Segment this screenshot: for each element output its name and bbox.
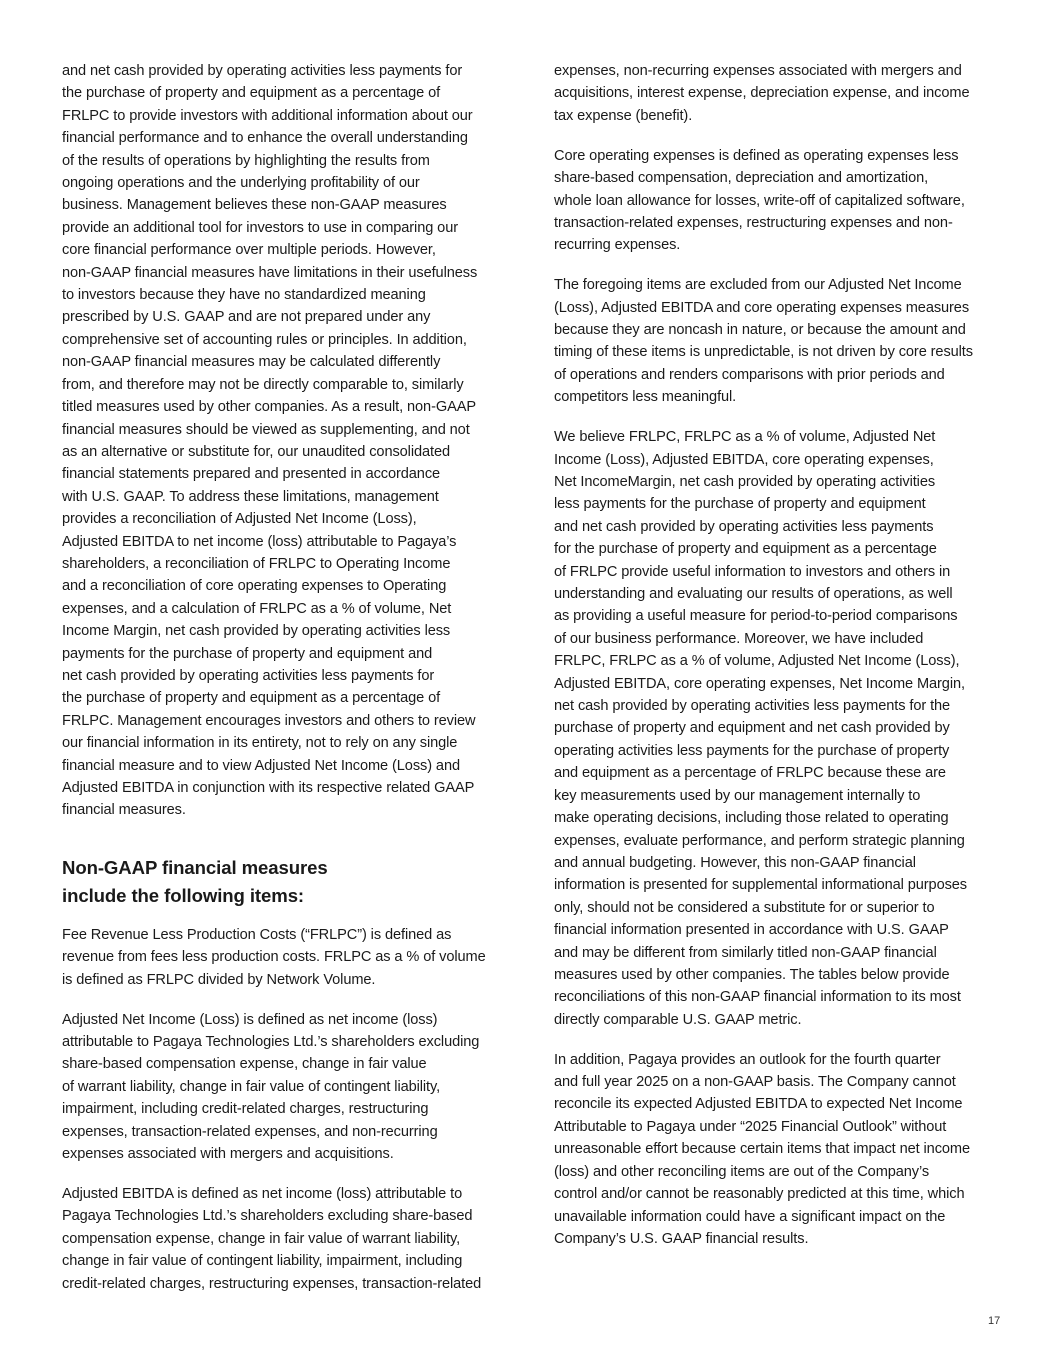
text-line: as providing a useful measure for period… <box>554 605 1004 627</box>
text-line: compensation expense, change in fair val… <box>62 1228 512 1250</box>
text-line: expenses, non-recurring expenses associa… <box>554 60 1004 82</box>
text-line: The foregoing items are excluded from ou… <box>554 274 1004 296</box>
text-line: and annual budgeting. However, this non-… <box>554 852 1004 874</box>
adjusted-net-income-definition-paragraph: Adjusted Net Income (Loss) is defined as… <box>62 1009 512 1166</box>
text-line: to investors because they have no standa… <box>62 284 512 306</box>
adjusted-ebitda-continuation-paragraph: expenses, non-recurring expenses associa… <box>554 60 1004 127</box>
text-line: (loss) and other reconciling items are o… <box>554 1161 1004 1183</box>
text-line: shareholders, a reconciliation of FRLPC … <box>62 553 512 575</box>
frlpc-definition-paragraph: Fee Revenue Less Production Costs (“FRLP… <box>62 924 512 991</box>
text-line: net cash provided by operating activitie… <box>62 665 512 687</box>
text-line: is defined as FRLPC divided by Network V… <box>62 969 512 991</box>
text-line: operating activities less payments for t… <box>554 740 1004 762</box>
text-line: because they are noncash in nature, or b… <box>554 319 1004 341</box>
text-line: credit-related charges, restructuring ex… <box>62 1273 512 1295</box>
text-line: Fee Revenue Less Production Costs (“FRLP… <box>62 924 512 946</box>
intro-paragraph: and net cash provided by operating activ… <box>62 60 512 822</box>
text-line: make operating decisions, including thos… <box>554 807 1004 829</box>
text-line: We believe FRLPC, FRLPC as a % of volume… <box>554 426 1004 448</box>
text-line: less payments for the purchase of proper… <box>554 493 1004 515</box>
text-line: purchase of property and equipment and n… <box>554 717 1004 739</box>
outlook-paragraph: In addition, Pagaya provides an outlook … <box>554 1049 1004 1251</box>
text-line: business. Management believes these non-… <box>62 194 512 216</box>
text-line: net cash provided by operating activitie… <box>554 695 1004 717</box>
text-line: Adjusted EBITDA, core operating expenses… <box>554 673 1004 695</box>
text-line: only, should not be considered a substit… <box>554 897 1004 919</box>
text-line: attributable to Pagaya Technologies Ltd.… <box>62 1031 512 1053</box>
text-line: payments for the purchase of property an… <box>62 643 512 665</box>
text-line: expenses associated with mergers and acq… <box>62 1143 512 1165</box>
text-line: prescribed by U.S. GAAP and are not prep… <box>62 306 512 328</box>
text-line: Core operating expenses is defined as op… <box>554 145 1004 167</box>
text-line: Income (Loss), Adjusted EBITDA, core ope… <box>554 449 1004 471</box>
text-line: Adjusted EBITDA to net income (loss) att… <box>62 531 512 553</box>
text-line: directly comparable U.S. GAAP metric. <box>554 1009 1004 1031</box>
text-line: and a reconciliation of core operating e… <box>62 575 512 597</box>
text-line: reconcile its expected Adjusted EBITDA t… <box>554 1093 1004 1115</box>
text-line: Adjusted Net Income (Loss) is defined as… <box>62 1009 512 1031</box>
text-line: and equipment as a percentage of FRLPC b… <box>554 762 1004 784</box>
text-line: Non-GAAP financial measures <box>62 854 512 882</box>
text-line: provides a reconciliation of Adjusted Ne… <box>62 508 512 530</box>
text-line: share-based compensation expense, change… <box>62 1053 512 1075</box>
text-line: Adjusted EBITDA in conjunction with its … <box>62 777 512 799</box>
text-line: non-GAAP financial measures have limitat… <box>62 262 512 284</box>
text-line: of our business performance. Moreover, w… <box>554 628 1004 650</box>
text-line: the purchase of property and equipment a… <box>62 82 512 104</box>
left-column: and net cash provided by operating activ… <box>62 60 512 1312</box>
text-line: financial measures should be viewed as s… <box>62 419 512 441</box>
text-line: competitors less meaningful. <box>554 386 1004 408</box>
text-line: transaction-related expenses, restructur… <box>554 212 1004 234</box>
text-line: information is presented for supplementa… <box>554 874 1004 896</box>
text-line: expenses, transaction-related expenses, … <box>62 1121 512 1143</box>
we-believe-paragraph: We believe FRLPC, FRLPC as a % of volume… <box>554 426 1004 1031</box>
text-line: as an alternative or substitute for, our… <box>62 441 512 463</box>
text-line: Income Margin, net cash provided by oper… <box>62 620 512 642</box>
text-line: Net IncomeMargin, net cash provided by o… <box>554 471 1004 493</box>
text-line: of warrant liability, change in fair val… <box>62 1076 512 1098</box>
text-line: impairment, including credit-related cha… <box>62 1098 512 1120</box>
text-line: our financial information in its entiret… <box>62 732 512 754</box>
text-line: understanding and evaluating our results… <box>554 583 1004 605</box>
text-line: the purchase of property and equipment a… <box>62 687 512 709</box>
text-line: financial measures. <box>62 799 512 821</box>
text-line: titled measures used by other companies.… <box>62 396 512 418</box>
text-line: Pagaya Technologies Ltd.’s shareholders … <box>62 1205 512 1227</box>
text-line: of the results of operations by highligh… <box>62 150 512 172</box>
text-line: financial statements prepared and presen… <box>62 463 512 485</box>
text-line: financial performance and to enhance the… <box>62 127 512 149</box>
text-line: tax expense (benefit). <box>554 105 1004 127</box>
text-line: key measurements used by our management … <box>554 785 1004 807</box>
text-line: whole loan allowance for losses, write-o… <box>554 190 1004 212</box>
text-line: non-GAAP financial measures may be calcu… <box>62 351 512 373</box>
text-line: share-based compensation, depreciation a… <box>554 167 1004 189</box>
text-line: core financial performance over multiple… <box>62 239 512 261</box>
text-line: FRLPC. Management encourages investors a… <box>62 710 512 732</box>
text-line: of FRLPC provide useful information to i… <box>554 561 1004 583</box>
text-line: In addition, Pagaya provides an outlook … <box>554 1049 1004 1071</box>
text-line: revenue from fees less production costs.… <box>62 946 512 968</box>
text-line: change in fair value of contingent liabi… <box>62 1250 512 1272</box>
right-column: expenses, non-recurring expenses associa… <box>554 60 1004 1268</box>
text-line: acquisitions, interest expense, deprecia… <box>554 82 1004 104</box>
text-line: timing of these items is unpredictable, … <box>554 341 1004 363</box>
text-line: for the purchase of property and equipme… <box>554 538 1004 560</box>
text-line: FRLPC to provide investors with addition… <box>62 105 512 127</box>
text-line: from, and therefore may not be directly … <box>62 374 512 396</box>
text-line: Company’s U.S. GAAP financial results. <box>554 1228 1004 1250</box>
section-heading: Non-GAAP financial measuresinclude the f… <box>62 854 512 910</box>
text-line: and net cash provided by operating activ… <box>62 60 512 82</box>
text-line: FRLPC, FRLPC as a % of volume, Adjusted … <box>554 650 1004 672</box>
text-line: with U.S. GAAP. To address these limitat… <box>62 486 512 508</box>
text-line: provide an additional tool for investors… <box>62 217 512 239</box>
text-line: ongoing operations and the underlying pr… <box>62 172 512 194</box>
page-number: 17 <box>988 1315 1000 1327</box>
text-line: include the following items: <box>62 882 512 910</box>
text-line: and full year 2025 on a non-GAAP basis. … <box>554 1071 1004 1093</box>
core-operating-expenses-paragraph: Core operating expenses is defined as op… <box>554 145 1004 257</box>
text-line: comprehensive set of accounting rules or… <box>62 329 512 351</box>
text-line: unreasonable effort because certain item… <box>554 1138 1004 1160</box>
text-line: financial information presented in accor… <box>554 919 1004 941</box>
text-line: and net cash provided by operating activ… <box>554 516 1004 538</box>
text-line: Adjusted EBITDA is defined as net income… <box>62 1183 512 1205</box>
text-line: financial measure and to view Adjusted N… <box>62 755 512 777</box>
text-line: reconciliations of this non-GAAP financi… <box>554 986 1004 1008</box>
adjusted-ebitda-definition-paragraph: Adjusted EBITDA is defined as net income… <box>62 1183 512 1295</box>
text-line: (Loss), Adjusted EBITDA and core operati… <box>554 297 1004 319</box>
text-line: and may be different from similarly titl… <box>554 942 1004 964</box>
text-line: control and/or cannot be reasonably pred… <box>554 1183 1004 1205</box>
text-line: measures used by other companies. The ta… <box>554 964 1004 986</box>
text-line: unavailable information could have a sig… <box>554 1206 1004 1228</box>
text-line: expenses, and a calculation of FRLPC as … <box>62 598 512 620</box>
text-line: Attributable to Pagaya under “2025 Finan… <box>554 1116 1004 1138</box>
text-line: expenses, evaluate performance, and perf… <box>554 830 1004 852</box>
foregoing-items-paragraph: The foregoing items are excluded from ou… <box>554 274 1004 408</box>
text-line: recurring expenses. <box>554 234 1004 256</box>
text-line: of operations and renders comparisons wi… <box>554 364 1004 386</box>
